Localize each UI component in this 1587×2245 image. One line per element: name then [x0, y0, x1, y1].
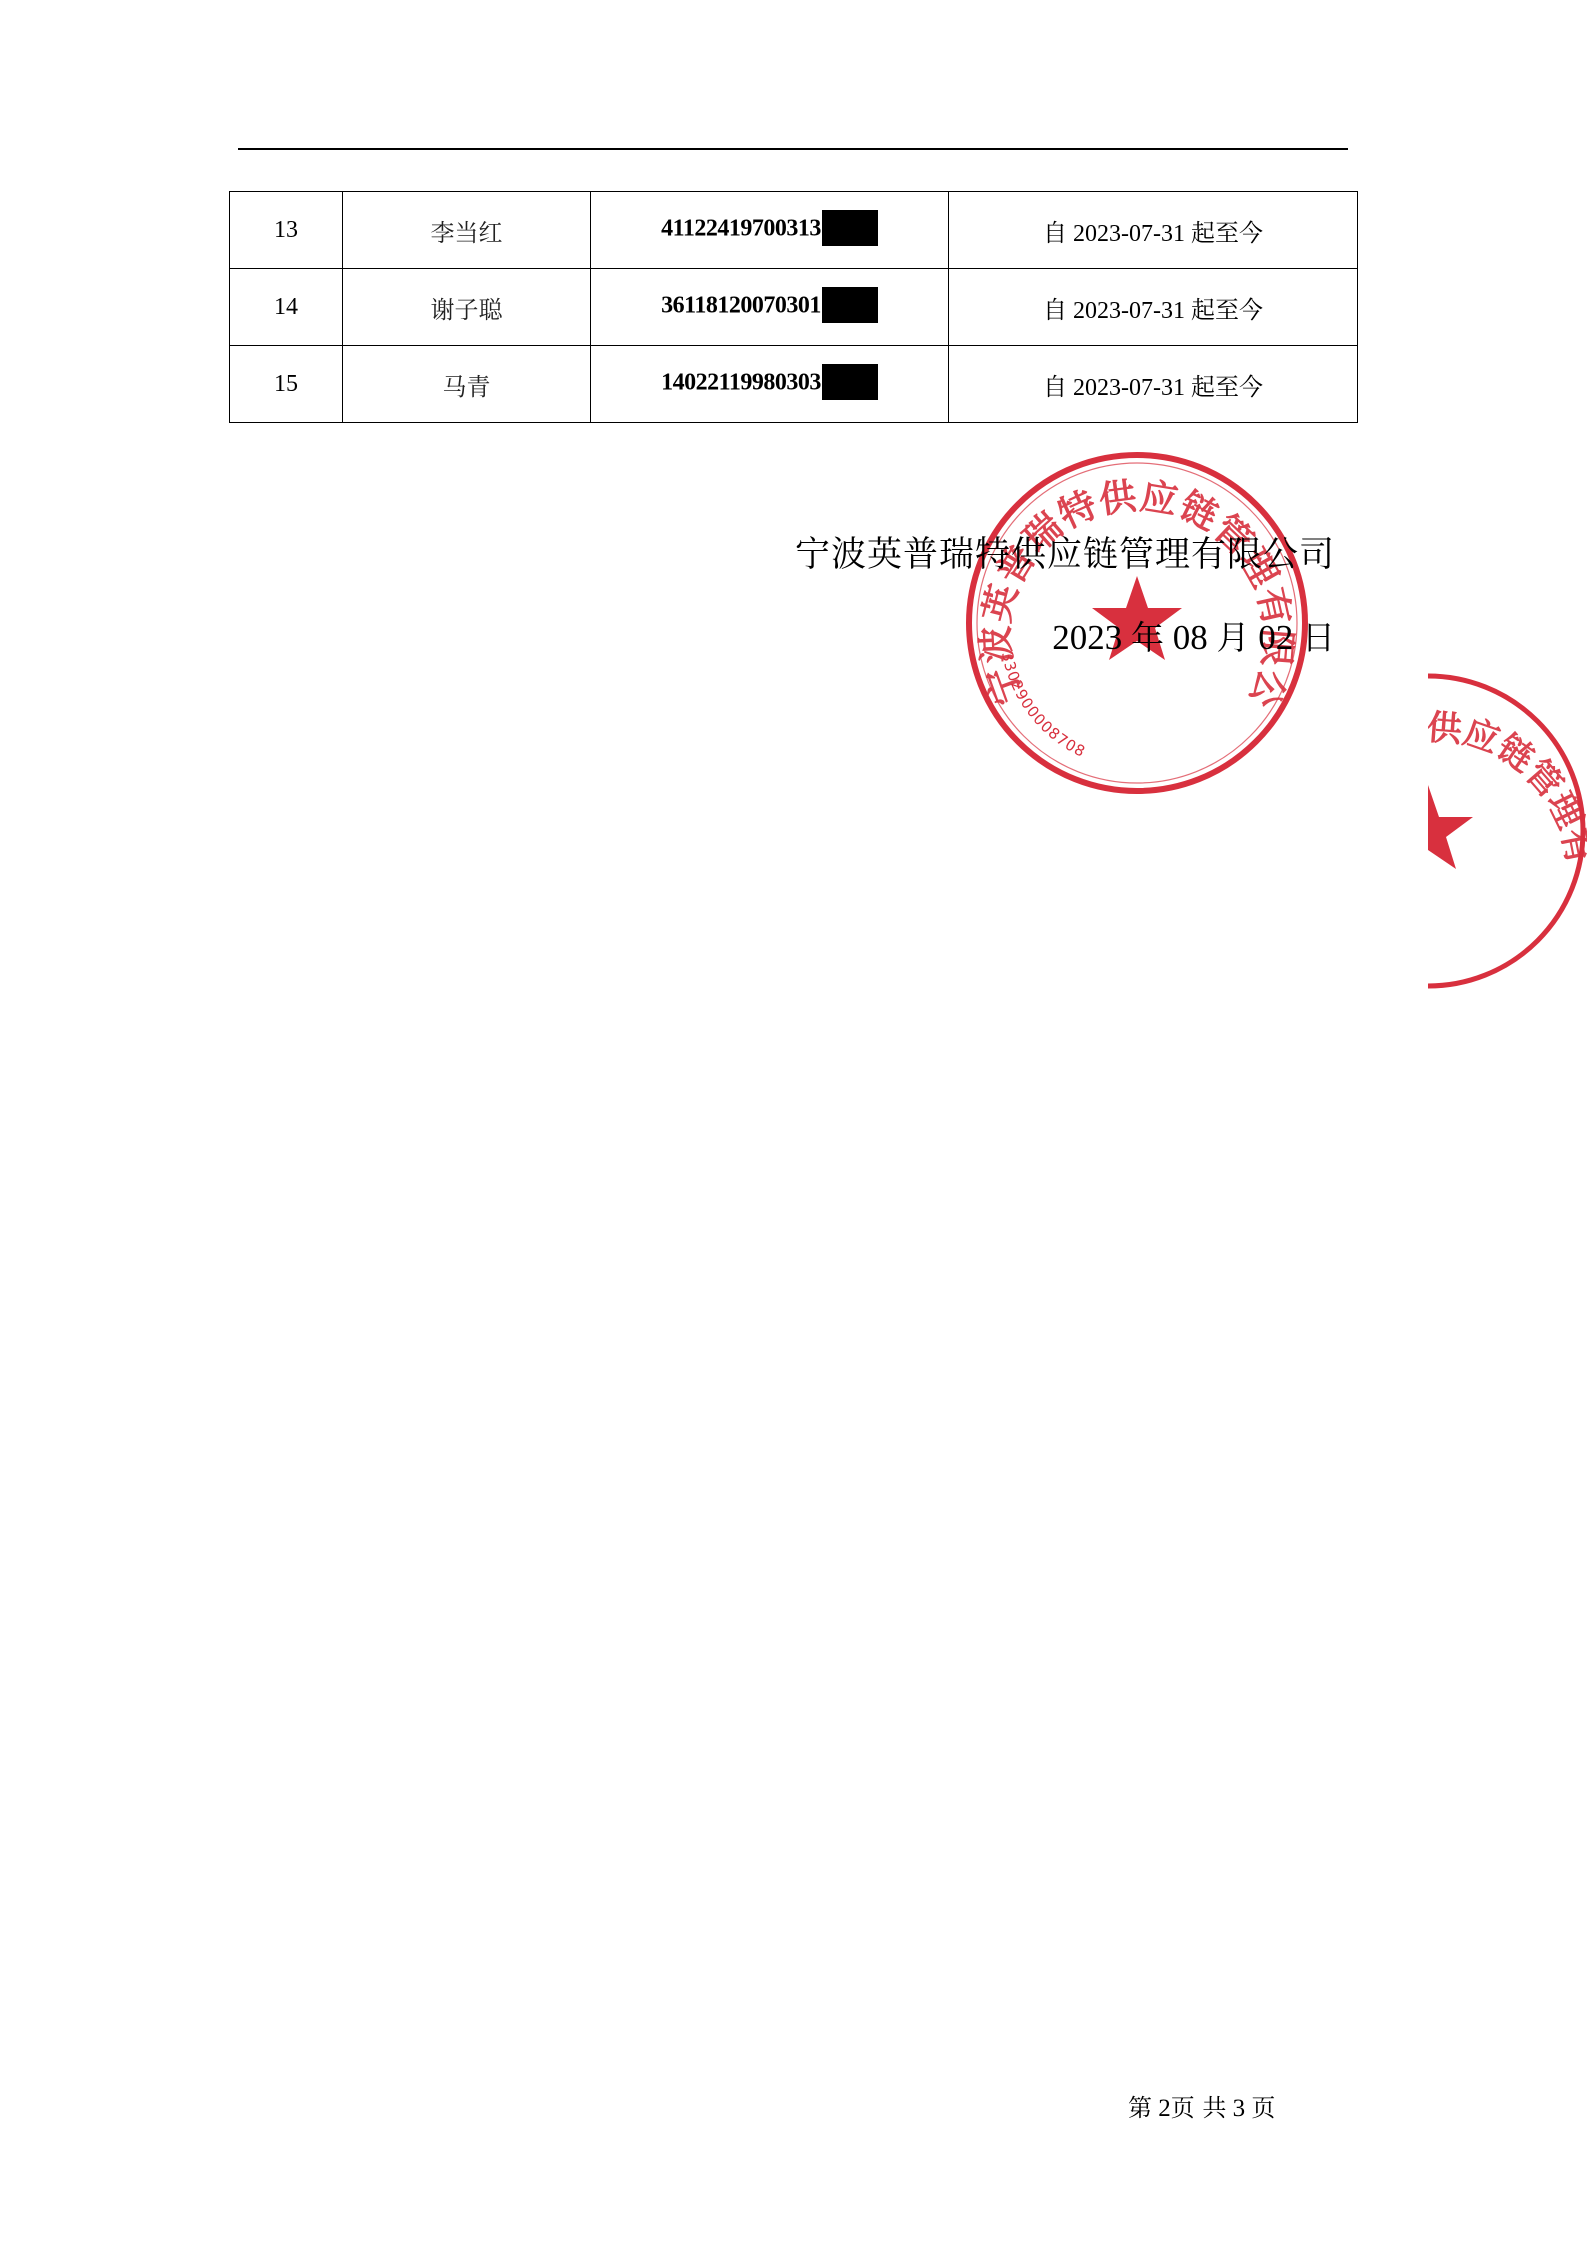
- svg-text:3302900008708: 3302900008708: [998, 650, 1089, 761]
- row-period: 自 2023-07-31 起至今: [949, 269, 1358, 346]
- seal-number: 3302900008708: [998, 650, 1089, 761]
- seam-seal: 宁波英普瑞特供应链管理有限公司: [1428, 670, 1587, 992]
- row-name: 马青: [343, 346, 591, 423]
- table-row: 13 李当红 41122419700313 自 2023-07-31 起至今: [230, 192, 1358, 269]
- table-row: 15 马青 14022119980303 自 2023-07-31 起至今: [230, 346, 1358, 423]
- svg-text:宁波英普瑞特供应链管理有限公司: 宁波英普瑞特供应链管理有限公司: [1428, 670, 1587, 881]
- row-index: 14: [230, 269, 343, 346]
- row-name: 李当红: [343, 192, 591, 269]
- header-rule: [238, 148, 1348, 150]
- page-footer: 第 2页 共 3 页: [1128, 2088, 1275, 2123]
- staff-table: 13 李当红 41122419700313 自 2023-07-31 起至今 1…: [229, 191, 1358, 423]
- table-row: 14 谢子聪 36118120070301 自 2023-07-31 起至今: [230, 269, 1358, 346]
- row-index: 13: [230, 192, 343, 269]
- signature-company: 宁波英普瑞特供应链管理有限公司: [795, 527, 1335, 577]
- row-period: 自 2023-07-31 起至今: [949, 192, 1358, 269]
- row-id-number: 41122419700313: [591, 192, 949, 269]
- signature-date: 2023 年 08 月 02 日: [1052, 612, 1335, 659]
- redaction-block: [822, 364, 878, 400]
- redaction-block: [822, 287, 878, 323]
- row-index: 15: [230, 346, 343, 423]
- row-name: 谢子聪: [343, 269, 591, 346]
- redaction-block: [822, 210, 878, 246]
- row-id-number: 14022119980303: [591, 346, 949, 423]
- row-period: 自 2023-07-31 起至今: [949, 346, 1358, 423]
- seam-seal-text: 宁波英普瑞特供应链管理有限公司: [1428, 670, 1587, 881]
- row-id-number: 36118120070301: [591, 269, 949, 346]
